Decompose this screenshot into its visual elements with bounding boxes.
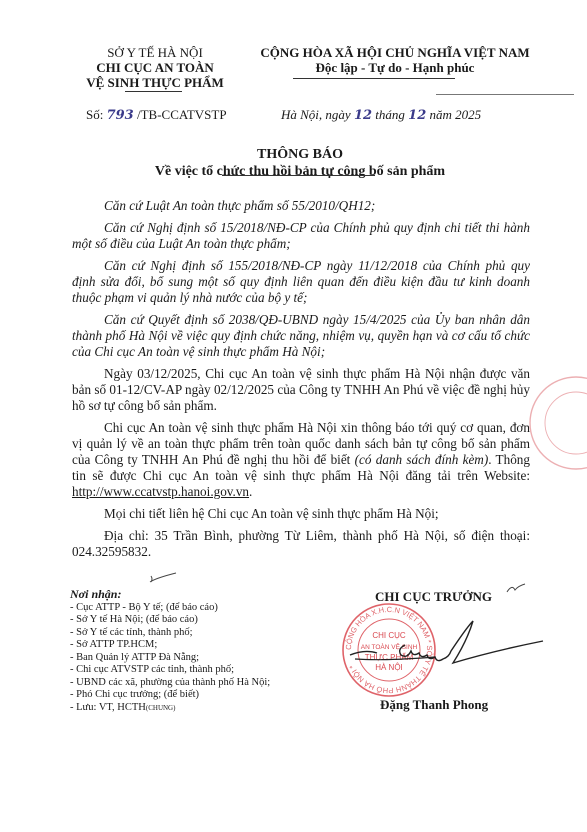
recipient-item: - Sở Y tế Hà Nội; (để báo cáo) (70, 614, 310, 627)
legal-basis-2: Căn cứ Nghị định số 15/2018/NĐ-CP của Ch… (72, 220, 530, 252)
agency-parent: SỞ Y TẾ HÀ NỘI (70, 45, 240, 60)
agency-underline (125, 91, 182, 92)
document-date: Hà Nội, ngày 12 tháng 12 năm 2025 (281, 107, 481, 123)
website-link[interactable]: http://www.ccatvstp.hanoi.gov.vn (72, 484, 249, 499)
title-heading: THÔNG BÁO (60, 146, 540, 163)
recipient-item: - Phó Chi cục trưởng; (để biết) (70, 689, 310, 702)
agency-line1: CHI CỤC AN TOÀN (70, 60, 240, 75)
motto: Độc lập - Tự do - Hạnh phúc (245, 60, 545, 75)
recipient-item: - Ban Quản lý ATTP Đà Nẵng; (70, 652, 310, 665)
document-number: Số: 793 /TB-CCATVSTP (86, 107, 227, 123)
handwritten-month: 12 (408, 108, 426, 123)
legal-basis-1: Căn cứ Luật An toàn thực phẩm số 55/2010… (72, 198, 530, 214)
legal-basis-4: Căn cứ Quyết định số 2038/QĐ-UBND ngày 1… (72, 312, 530, 360)
title-underline (222, 175, 375, 176)
recipient-archive: - Lưu: VT, HCTH(CHUNG) (70, 702, 310, 715)
page-edge-seal-icon (528, 375, 587, 471)
handwritten-number: 793 (107, 108, 134, 123)
agency-line2: VỆ SINH THỰC PHẨM (70, 75, 240, 90)
paragraph-contact: Mọi chi tiết liên hệ Chi cục An toàn vệ … (72, 506, 530, 522)
paragraph-notice: Chi cục An toàn vệ sinh thực phẩm Hà Nội… (72, 420, 530, 500)
national-header: CỘNG HÒA XÃ HỘI CHỦ NGHĨA VIỆT NAM Độc l… (245, 45, 545, 75)
recipient-item: - UBND các xã, phường của thành phố Hà N… (70, 677, 310, 690)
recipient-item: - Sở Y tế các tỉnh, thành phố; (70, 627, 310, 640)
header-rule (436, 94, 574, 95)
paragraph-address: Địa chỉ: 35 Trần Bình, phường Từ Liêm, t… (72, 528, 530, 560)
document-body: Căn cứ Luật An toàn thực phẩm số 55/2010… (72, 198, 530, 566)
issuing-agency: SỞ Y TẾ HÀ NỘI CHI CỤC AN TOÀN VỆ SINH T… (70, 45, 240, 90)
handwritten-day: 12 (354, 108, 372, 123)
initial-mark-icon (506, 582, 526, 594)
motto-underline (293, 78, 455, 79)
recipients-block: Nơi nhận: - Cục ATTP - Bộ Y tế; (để báo … (70, 588, 310, 714)
recipients-label: Nơi nhận: (70, 588, 310, 601)
handwritten-signature-icon (345, 615, 585, 675)
legal-basis-3: Căn cứ Nghị định số 155/2018/NĐ-CP ngày … (72, 258, 530, 306)
recipient-item: - Sở ATTP TP.HCM; (70, 639, 310, 652)
paragraph-received: Ngày 03/12/2025, Chi cục An toàn vệ sinh… (72, 366, 530, 414)
recipient-item: - Cục ATTP - Bộ Y tế; (để báo cáo) (70, 602, 310, 615)
recipient-item: - Chi cục ATVSTP các tỉnh, thành phố; (70, 664, 310, 677)
country-name: CỘNG HÒA XÃ HỘI CHỦ NGHĨA VIỆT NAM (245, 45, 545, 60)
initial-mark-icon (148, 572, 178, 584)
title-subject: Về việc tổ chức thu hồi bản tự công bố s… (60, 163, 540, 180)
signatory-name: Đặng Thanh Phong (380, 697, 488, 713)
